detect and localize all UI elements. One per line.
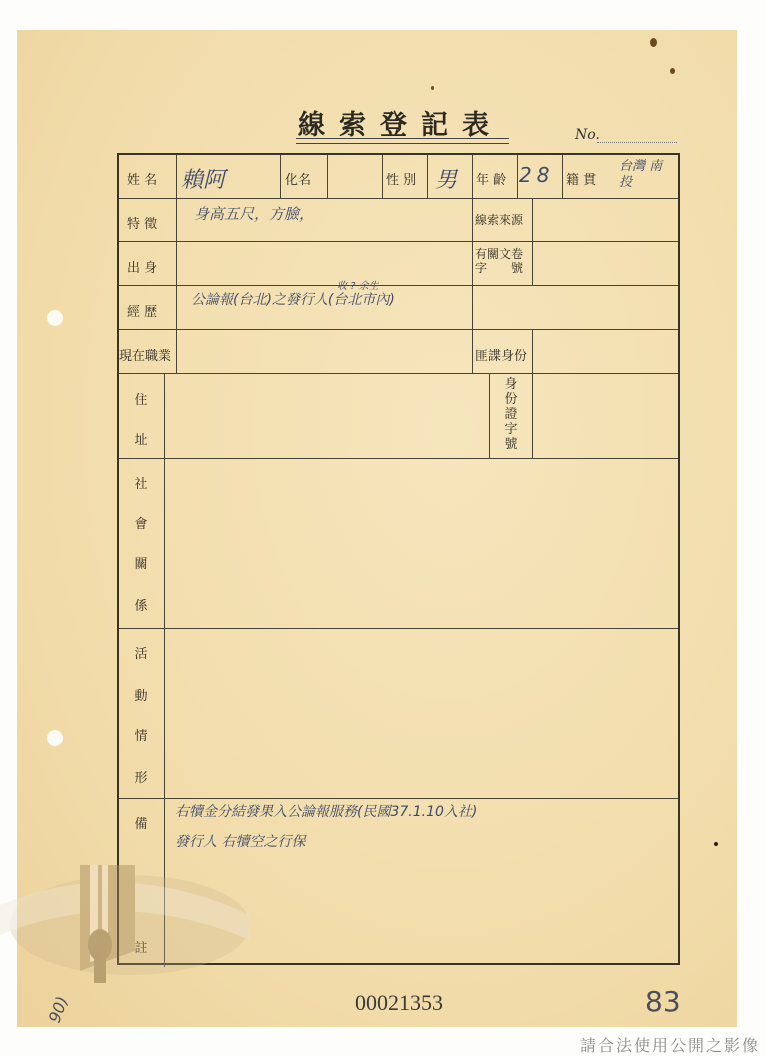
serial-number: 00021353 [355, 990, 443, 1016]
features-value[interactable]: 身高五尺，方臉， [194, 203, 314, 224]
page-number: 83 [645, 985, 681, 1018]
spy-identity-label: 匪諜身份 [475, 345, 527, 364]
row-divider [119, 628, 678, 629]
row-divider [119, 285, 678, 286]
origin-label: 出 身 [127, 257, 157, 276]
usage-watermark: 請合法使用公開之影像 [580, 1033, 760, 1056]
col-divider [532, 198, 533, 285]
row-divider [119, 198, 678, 199]
related-file-label-1: 有關文卷 [475, 247, 523, 261]
remarks-label-1: 備 [131, 813, 151, 832]
col-divider [472, 155, 473, 373]
form-table: 姓 名 賴阿 化名 性 別 男 年 齡 28 籍 貫 台灣 南投 特 徵 身高五… [117, 153, 680, 965]
stain-spot [714, 842, 718, 846]
activities-label-1: 活 [131, 643, 151, 662]
remarks-line-2[interactable]: 發行人 右犢空之行保 [175, 831, 305, 851]
number-label: No. [575, 127, 600, 143]
social-label-1: 社 [131, 473, 151, 492]
experience-annotation: 收 ? 余生 [337, 277, 379, 292]
id-card-label-1: 身 [501, 377, 521, 392]
id-card-label-5: 號 [501, 437, 521, 452]
col-divider [562, 155, 563, 198]
sex-label: 性 別 [386, 169, 416, 188]
col-divider [382, 155, 383, 198]
stain-spot [650, 38, 657, 47]
name-label: 姓 名 [127, 169, 157, 188]
current-occupation-label: 現在職業 [119, 345, 171, 364]
row-divider [119, 373, 678, 374]
col-divider [327, 155, 328, 198]
social-label-3: 關 [131, 553, 151, 572]
alias-label: 化名 [285, 169, 311, 188]
col-divider [489, 373, 490, 458]
punch-hole [47, 310, 63, 326]
row-divider [119, 458, 678, 459]
age-label: 年 齡 [476, 169, 506, 188]
age-value[interactable]: 28 [519, 163, 554, 187]
row-divider [119, 798, 678, 799]
id-card-label-4: 字 [501, 422, 521, 437]
stain-spot [670, 68, 675, 74]
id-card-label-2: 份 [501, 392, 521, 407]
col-divider [176, 155, 177, 373]
archive-watermark-logo-icon [0, 865, 250, 1015]
title-underline [296, 138, 509, 144]
col-divider [532, 329, 533, 373]
address-label-2: 址 [131, 429, 151, 448]
remarks-line-1[interactable]: 右犢金分結發果入公論報服務(民國37.1.10入社) [175, 801, 477, 821]
col-divider [532, 373, 533, 458]
activities-label-2: 動 [131, 685, 151, 704]
address-label-1: 住 [131, 389, 151, 408]
number-field [597, 142, 677, 143]
activities-label-3: 情 [131, 725, 151, 744]
sex-value[interactable]: 男 [435, 163, 457, 194]
form-title: 線索登記表 [298, 103, 503, 142]
related-file-label-2: 字 號 [475, 261, 523, 275]
experience-label: 經 歷 [127, 301, 157, 320]
row-divider [119, 241, 678, 242]
native-place-value[interactable]: 台灣 南投 [619, 159, 674, 191]
id-card-label-3: 證 [501, 407, 521, 422]
experience-value[interactable]: 公論報(台北)之發行人(台北市內) [191, 289, 395, 309]
social-label-4: 係 [131, 595, 151, 614]
row-divider [119, 329, 678, 330]
col-divider [517, 155, 518, 198]
stain-spot [431, 86, 434, 90]
activities-label-4: 形 [131, 767, 151, 786]
col-divider [427, 155, 428, 198]
clue-source-label: 線索來源 [475, 211, 523, 228]
native-place-label: 籍 貫 [566, 169, 596, 188]
col-divider [280, 155, 281, 198]
social-label-2: 會 [131, 513, 151, 532]
punch-hole [47, 730, 63, 746]
features-label: 特 徵 [127, 213, 157, 232]
name-value[interactable]: 賴阿 [181, 163, 225, 194]
